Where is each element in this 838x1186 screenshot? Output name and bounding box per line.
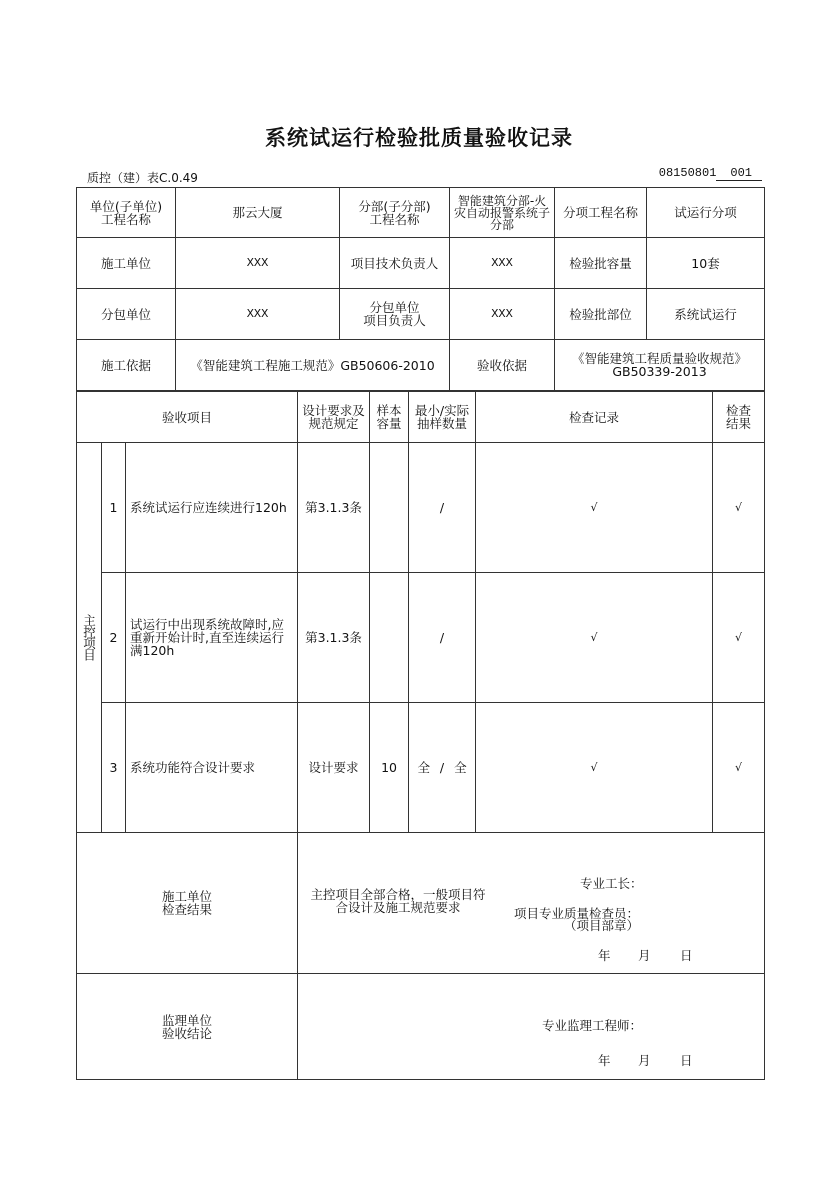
item-record[interactable]: √ (476, 573, 713, 703)
main-control-label: 主控项目 (77, 443, 102, 833)
header-min-actual: 最小/实际 抽样数量 (409, 392, 476, 443)
item-min-actual[interactable]: / (409, 573, 476, 703)
item-sample[interactable] (370, 573, 409, 703)
supervisor-signature-area: 专业监理工程师： 年 月 日 (298, 974, 764, 1079)
table-row: 3 系统功能符合设计要求 设计要求 10 全 / 全 √ √ (77, 703, 765, 833)
batch-location-label: 检验批部位 (555, 289, 647, 340)
info-table: 单位(子单位) 工程名称 那云大厦 分部(子分部) 工程名称 智能建筑分部-火灾… (76, 187, 765, 391)
item-record[interactable]: √ (476, 443, 713, 573)
item-desc: 试运行中出现系统故障时,应重新开始计时,直至连续运行满120h (126, 573, 298, 703)
table-row: 2 试运行中出现系统故障时,应重新开始计时,直至连续运行满120h 第3.1.3… (77, 573, 765, 703)
item-requirement: 设计要求 (298, 703, 370, 833)
subitem-label: 分项工程名称 (555, 188, 647, 238)
supervisor-check-label: 监理单位 验收结论 (77, 974, 298, 1080)
item-min-actual[interactable]: 全 / 全 (409, 703, 476, 833)
supervisor-check-row: 监理单位 验收结论 专业监理工程师： 年 月 日 (77, 974, 765, 1080)
item-result[interactable]: √ (713, 573, 765, 703)
date-year: 年 (598, 949, 611, 962)
date-month: 月 (638, 1054, 651, 1067)
item-no: 2 (102, 573, 126, 703)
batch-location-value[interactable]: 系统试运行 (647, 289, 765, 340)
construction-basis-value[interactable]: 《智能建筑工程施工规范》GB50606-2010 (176, 340, 450, 391)
items-table: 验收项目 设计要求及 规范规定 样本 容量 最小/实际 抽样数量 检查记录 检查… (76, 391, 765, 1080)
contractor-conclusion: 主控项目全部合格，一般项目符 合设计及施工规范要求 (298, 888, 498, 914)
supervisor-check-cell[interactable]: 专业监理工程师： 年 月 日 (298, 974, 765, 1080)
sub-lead-label: 分包单位 项目负责人 (340, 289, 450, 340)
unit-project-value[interactable]: 那云大厦 (176, 188, 340, 238)
batch-capacity-value[interactable]: 10套 (647, 238, 765, 289)
foreman-label: 专业工长： (580, 877, 643, 890)
document-number: 08150801001 (659, 166, 762, 181)
info-row-project: 单位(子单位) 工程名称 那云大厦 分部(子分部) 工程名称 智能建筑分部-火灾… (77, 188, 765, 238)
contractor-signature-area: 主控项目全部合格，一般项目符 合设计及施工规范要求 专业工长： 项目专业质量检查… (298, 833, 764, 973)
info-row-contractor: 施工单位 XXX 项目技术负责人 XXX 检验批容量 10套 (77, 238, 765, 289)
item-sample[interactable]: 10 (370, 703, 409, 833)
date-day: 日 (680, 949, 693, 962)
contractor-check-label: 施工单位 检查结果 (77, 833, 298, 974)
subitem-value[interactable]: 试运行分项 (647, 188, 765, 238)
tech-lead-value[interactable]: XXX (450, 238, 555, 289)
contractor-check-cell[interactable]: 主控项目全部合格，一般项目符 合设计及施工规范要求 专业工长： 项目专业质量检查… (298, 833, 765, 974)
subcontractor-label: 分包单位 (77, 289, 176, 340)
contractor-value[interactable]: XXX (176, 238, 340, 289)
seal-label: （项目部章） (564, 919, 639, 932)
item-result[interactable]: √ (713, 443, 765, 573)
acceptance-basis-value[interactable]: 《智能建筑工程质量验收规范》GB50339-2013 (555, 340, 765, 391)
construction-basis-label: 施工依据 (77, 340, 176, 391)
header-item: 验收项目 (77, 392, 298, 443)
item-sample[interactable] (370, 443, 409, 573)
info-row-subcontractor: 分包单位 XXX 分包单位 项目负责人 XXX 检验批部位 系统试运行 (77, 289, 765, 340)
engineer-label: 专业监理工程师： (542, 1019, 642, 1032)
page-title: 系统试运行检验批质量验收记录 (0, 122, 838, 152)
batch-capacity-label: 检验批容量 (555, 238, 647, 289)
date-year: 年 (598, 1054, 611, 1067)
subcontractor-value[interactable]: XXX (176, 289, 340, 340)
item-requirement: 第3.1.3条 (298, 443, 370, 573)
date-month: 月 (638, 949, 651, 962)
header-sample: 样本 容量 (370, 392, 409, 443)
item-min-actual[interactable]: / (409, 443, 476, 573)
item-desc: 系统试运行应连续进行120h (126, 443, 298, 573)
contractor-check-row: 施工单位 检查结果 主控项目全部合格，一般项目符 合设计及施工规范要求 专业工长… (77, 833, 765, 974)
header-requirement: 设计要求及 规范规定 (298, 392, 370, 443)
acceptance-basis-label: 验收依据 (450, 340, 555, 391)
contractor-label: 施工单位 (77, 238, 176, 289)
division-label: 分部(子分部) 工程名称 (340, 188, 450, 238)
header-result: 检查 结果 (713, 392, 765, 443)
item-no: 1 (102, 443, 126, 573)
info-row-basis: 施工依据 《智能建筑工程施工规范》GB50606-2010 验收依据 《智能建筑… (77, 340, 765, 391)
items-header-row: 验收项目 设计要求及 规范规定 样本 容量 最小/实际 抽样数量 检查记录 检查… (77, 392, 765, 443)
sub-lead-value[interactable]: XXX (450, 289, 555, 340)
form-code: 质控（建）表C.0.49 (87, 169, 198, 186)
header-record: 检查记录 (476, 392, 713, 443)
doc-number-suffix[interactable]: 001 (716, 166, 762, 181)
item-record[interactable]: √ (476, 703, 713, 833)
doc-number-prefix: 08150801 (659, 166, 717, 180)
unit-project-label: 单位(子单位) 工程名称 (77, 188, 176, 238)
date-day: 日 (680, 1054, 693, 1067)
tech-lead-label: 项目技术负责人 (340, 238, 450, 289)
item-no: 3 (102, 703, 126, 833)
table-row: 主控项目 1 系统试运行应连续进行120h 第3.1.3条 / √ √ (77, 443, 765, 573)
division-value[interactable]: 智能建筑分部-火灾自动报警系统子分部 (450, 188, 555, 238)
item-desc: 系统功能符合设计要求 (126, 703, 298, 833)
item-requirement: 第3.1.3条 (298, 573, 370, 703)
item-result[interactable]: √ (713, 703, 765, 833)
